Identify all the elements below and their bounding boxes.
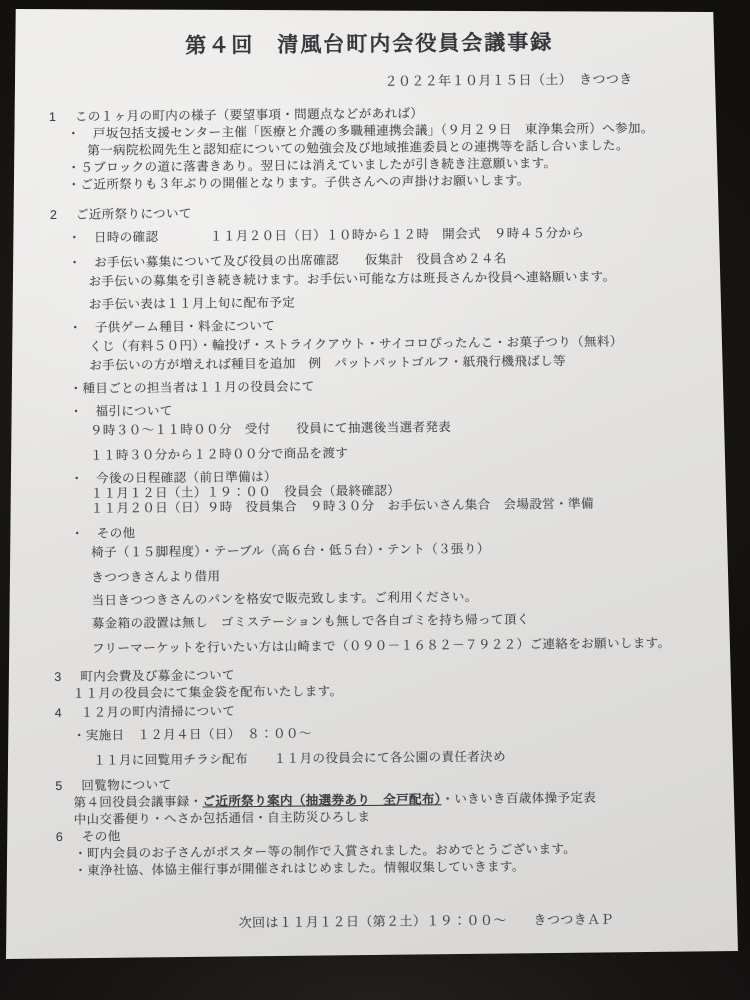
list-item: フリーマーケットを行いたい方は山崎まで（０９０－１６８２－７９２２）ご連絡をお願… [54, 635, 696, 658]
list-item: １１時３０分から１２時００分で商品を渡す [52, 442, 694, 465]
section-heading-text: １２月の町内清掃について [81, 703, 236, 721]
section-number: 1 [49, 109, 75, 126]
list-item: ・ 日時の確認 １１月２０日（日）１０時から１２時 開会式 ９時４５分から [50, 224, 692, 247]
section-number: 4 [55, 705, 81, 722]
section-heading-text: ご近所祭りについて [76, 206, 192, 224]
section-4: 4 １２月の町内清掃について ・実施日 １２月４日（日） ８：００～ １１月に回… [55, 699, 698, 770]
list-item: お手伝いの方が増えれば種目を追加 例 パットパットゴルフ・紙飛行機飛ばし等 [51, 352, 693, 375]
doc-date: ２０２２年１０月１５日（土） きつつき [49, 68, 691, 93]
circulation-list-pre: 第４回役員会議事録・ [73, 795, 202, 810]
list-item: 椅子（１５脚程度）・テーブル（高６台・低５台）・テント（３張り） [53, 539, 695, 562]
section-heading-text: その他 [82, 828, 121, 845]
section-heading: 4 １２月の町内清掃について [55, 699, 697, 722]
section-6: 6 その他 ・町内会員のお子さんがポスター等の制作で入賞されました。おめでとうご… [56, 823, 698, 880]
meeting-minutes: 第４回 清風台町内会役員会議事録 ２０２２年１０月１５日（土） きつつき 1 こ… [48, 10, 699, 933]
list-item: １１月に回覧用チラシ配布 １１月の役員会にて各公園の責任者決め [55, 747, 697, 770]
list-item: お手伝い表は１１月上旬に配布予定 [51, 291, 693, 314]
section-3: 3 町内会費及び募金について １１月の役員会にて集金袋を配布いたします。 [54, 663, 696, 703]
section-heading-text: 町内会費及び募金について [80, 667, 235, 685]
list-item: 当日きつつきさんのパンを格安で販売致します。ご利用ください。 [54, 587, 696, 610]
list-item: お手伝いの募集を引き続き続けます。お手伝い可能な方は班長さんか役員へ連絡願います… [50, 268, 692, 291]
section-heading: 2 ご近所祭りについて [50, 201, 692, 224]
list-item: ・実施日 １２月４日（日） ８：００～ [55, 722, 697, 745]
section-number: 6 [56, 829, 82, 846]
circulation-list-post: ・いきいき百歳体操予定表 [441, 791, 596, 806]
list-item: ９時３０～１１時００分 受付 役員にて抽選後当選者発表 [52, 417, 694, 440]
section-1: 1 この１ヶ月の町内の様子（要望事項・問題点などがあれば） ・ 戸坂包括支援セン… [49, 103, 692, 194]
section-heading-text: 回覧物について [81, 777, 171, 795]
section-2: 2 ご近所祭りについて ・ 日時の確認 １１月２０日（日）１０時から１２時 開会… [50, 201, 696, 658]
list-item: きつつきさんより借用 [53, 564, 695, 587]
list-item: 募金箱の設置は無し ゴミステーションも無しで各自ゴミを持ち帰って頂く [54, 610, 696, 633]
section-number: 5 [55, 778, 81, 795]
underlined-text: ご近所祭り案内（抽選券あり 全戸配布） [202, 792, 441, 808]
section-5: 5 回覧物について 第４回役員会議事録・ご近所祭り案内（抽選券あり 全戸配布）・… [55, 772, 697, 829]
document-photo: 第４回 清風台町内会役員会議事録 ２０２２年１０月１５日（土） きつつき 1 こ… [0, 0, 750, 1000]
section-number: 3 [54, 669, 80, 686]
list-item: ・種目ごとの担当者は１１月の役員会にて [52, 375, 694, 398]
section-number: 2 [50, 207, 76, 224]
page-title: 第４回 清風台町内会役員会議事録 [48, 25, 690, 61]
